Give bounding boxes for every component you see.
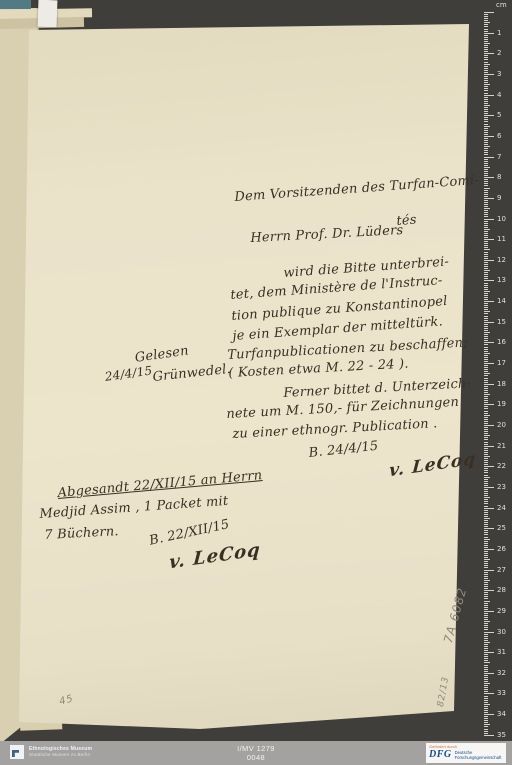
- pencil-mark: 7A 6082: [441, 586, 469, 645]
- ruler-number: 3: [497, 70, 511, 78]
- ruler-tick: [484, 175, 488, 176]
- ruler-tick: [484, 124, 488, 125]
- ruler-tick: [484, 53, 494, 54]
- ruler-tick: [484, 675, 488, 676]
- ruler-tick: [484, 70, 488, 71]
- ruler-tick: [484, 660, 488, 661]
- ruler-tick: [484, 427, 488, 428]
- footer-bar: Ethnologisches Museum Staatliche Museen …: [0, 741, 512, 765]
- ruler-tick: [484, 609, 488, 610]
- ruler-number: 13: [497, 276, 511, 284]
- ruler-tick: [484, 726, 488, 727]
- ruler-tick: [484, 460, 488, 461]
- ruler-number: 21: [497, 442, 511, 450]
- ruler-tick: [484, 293, 488, 294]
- ruler-tick: [484, 458, 488, 459]
- ruler-tick: [484, 247, 488, 248]
- ruler-tick: [484, 516, 488, 517]
- ruler-tick: [484, 161, 488, 162]
- ruler-tick: [484, 613, 488, 614]
- ruler-tick: [484, 258, 488, 259]
- ruler-tick: [484, 710, 488, 711]
- ruler-tick: [484, 607, 488, 608]
- ruler-tick: [484, 173, 488, 174]
- ruler-tick: [484, 132, 488, 133]
- ruler-tick: [484, 328, 488, 329]
- ruler-tick: [484, 442, 488, 443]
- ruler-tick: [484, 243, 488, 244]
- ruler-tick: [484, 169, 488, 170]
- ruler-tick: [484, 547, 488, 548]
- ruler-tick: [484, 171, 488, 172]
- ruler-tick: [484, 658, 488, 659]
- ruler-tick: [484, 722, 488, 723]
- ruler-tick: [484, 642, 490, 643]
- ruler-tick: [484, 406, 488, 407]
- handwriting-line: Abgesandt 22/XII/15 an Herrn: [57, 468, 263, 501]
- ruler-tick: [484, 485, 488, 486]
- ruler-tick: [484, 227, 488, 228]
- handwriting-line: v. LeCoq: [389, 449, 477, 482]
- ruler-tick: [484, 136, 494, 137]
- handwriting-line: Gelesen: [134, 343, 190, 365]
- ruler-tick: [484, 322, 494, 323]
- ruler-tick: [484, 470, 488, 471]
- ruler-tick: [484, 638, 488, 639]
- ruler-tick: [484, 506, 488, 507]
- ruler-tick: [484, 644, 488, 645]
- dfg-logo: Gefördert durch DFG Deutsche Forschungsg…: [426, 743, 506, 763]
- ruler-tick: [484, 431, 488, 432]
- ruler-tick: [484, 632, 494, 633]
- ruler-tick: [484, 446, 494, 447]
- ruler-tick: [484, 272, 488, 273]
- ruler-tick: [484, 107, 488, 108]
- ruler-tick: [484, 700, 488, 701]
- ruler-tick: [484, 361, 488, 362]
- ruler-number: 28: [497, 586, 511, 594]
- ruler-tick: [484, 594, 488, 595]
- ruler-tick: [484, 588, 488, 589]
- ruler-tick: [484, 266, 488, 267]
- ruler-tick: [484, 617, 488, 618]
- ruler-number: 5: [497, 111, 511, 119]
- ruler-tick: [484, 528, 494, 529]
- ruler-tick: [484, 656, 488, 657]
- ruler-tick: [484, 396, 488, 397]
- ruler-tick: [484, 231, 488, 232]
- ruler-tick: [484, 49, 488, 50]
- ruler-tick: [484, 194, 488, 195]
- ruler-tick: [484, 378, 488, 379]
- ruler-number: 25: [497, 524, 511, 532]
- ruler-tick: [484, 121, 488, 122]
- ruler-number: 1: [497, 29, 511, 37]
- ruler-number: 34: [497, 710, 511, 718]
- ruler-tick: [484, 691, 488, 692]
- ruler-tick: [484, 421, 488, 422]
- ruler-tick: [484, 138, 488, 139]
- ruler-tick: [484, 332, 490, 333]
- ruler-tick: [484, 316, 488, 317]
- ruler-tick: [484, 369, 488, 370]
- ruler-tick: [484, 307, 488, 308]
- ruler-tick: [484, 718, 488, 719]
- ruler-number: 11: [497, 235, 511, 243]
- ruler-tick: [484, 359, 488, 360]
- ruler-tick: [484, 627, 488, 628]
- ruler-tick: [484, 586, 488, 587]
- ruler-tick: [484, 499, 488, 500]
- ruler-tick: [484, 388, 488, 389]
- ruler-tick: [484, 555, 488, 556]
- ruler-tick: [484, 119, 488, 120]
- ruler-tick: [484, 62, 488, 63]
- ruler-tick: [484, 619, 488, 620]
- ruler-tick: [484, 334, 488, 335]
- ruler-tick: [484, 495, 488, 496]
- ruler-tick: [484, 601, 490, 602]
- ruler-tick: [484, 398, 488, 399]
- ruler-number: 2: [497, 49, 511, 57]
- ruler-tick: [484, 698, 488, 699]
- ruler-tick: [484, 452, 488, 453]
- ruler-tick: [484, 404, 494, 405]
- ruler-tick: [484, 685, 488, 686]
- ruler-tick: [484, 130, 488, 131]
- ruler-tick: [484, 249, 490, 250]
- ruler-tick: [484, 456, 490, 457]
- ruler-tick: [484, 311, 490, 312]
- ruler-tick: [484, 384, 494, 385]
- ruler-tick: [484, 724, 490, 725]
- ruler-tick: [484, 534, 488, 535]
- ruler-tick: [484, 702, 488, 703]
- ruler-tick: [484, 522, 488, 523]
- dfg-acronym: DFG: [429, 749, 452, 760]
- ruler-tick: [484, 413, 488, 414]
- ruler-number: 20: [497, 421, 511, 429]
- ruler-tick: [484, 489, 488, 490]
- ruler-tick: [484, 518, 490, 519]
- ruler-tick: [484, 12, 494, 13]
- ruler-tick: [484, 35, 488, 36]
- ruler-tick: [484, 708, 488, 709]
- ruler-tick: [484, 200, 488, 201]
- ruler-tick: [484, 95, 494, 96]
- ruler-tick: [484, 33, 494, 34]
- ruler-tick: [484, 532, 488, 533]
- ruler-tick: [484, 475, 488, 476]
- ruler-tick: [484, 665, 488, 666]
- ruler-tick: [484, 462, 488, 463]
- ruler-tick: [484, 706, 488, 707]
- ruler-tick: [484, 380, 488, 381]
- ruler-tick: [484, 276, 488, 277]
- ruler-tick: [484, 652, 494, 653]
- ruler-tick: [484, 72, 488, 73]
- ruler-tick: [484, 22, 490, 23]
- ruler-tick: [484, 59, 488, 60]
- ruler-tick: [484, 584, 488, 585]
- ruler-tick: [484, 654, 488, 655]
- ruler-tick: [484, 448, 488, 449]
- handwriting-line: 7 Büchern.: [44, 524, 119, 543]
- ruler-tick: [484, 472, 488, 473]
- ruler-tick: [484, 270, 490, 271]
- ruler-tick: [484, 520, 488, 521]
- ruler-tick: [484, 681, 488, 682]
- ruler-tick: [484, 305, 488, 306]
- ruler-tick: [484, 559, 490, 560]
- ruler-number: 29: [497, 607, 511, 615]
- ruler-tick: [484, 621, 490, 622]
- ruler-tick: [484, 82, 488, 83]
- ruler-tick: [484, 526, 488, 527]
- ruler-tick: [484, 433, 488, 434]
- ruler-tick: [484, 20, 488, 21]
- handwriting-line: zu einer ethnogr. Publication .: [232, 416, 438, 442]
- ruler-tick: [484, 437, 488, 438]
- ruler-tick: [484, 357, 488, 358]
- ruler-tick: [484, 497, 490, 498]
- ruler-tick: [484, 128, 488, 129]
- ruler-tick: [484, 206, 488, 207]
- ruler-tick: [484, 134, 488, 135]
- ruler-tick: [484, 693, 494, 694]
- ruler-tick: [484, 596, 488, 597]
- ruler-tick: [484, 254, 488, 255]
- ruler-tick: [484, 731, 488, 732]
- ruler-number: 31: [497, 648, 511, 656]
- ruler-tick: [484, 159, 488, 160]
- ruler-tick: [484, 39, 488, 40]
- ruler-tick: [484, 549, 494, 550]
- ruler-number: 16: [497, 338, 511, 346]
- ruler-tick: [484, 733, 488, 734]
- ruler-tick: [484, 392, 488, 393]
- ruler-tick: [484, 592, 488, 593]
- ruler-tick: [484, 444, 488, 445]
- ruler-tick: [484, 165, 488, 166]
- ruler-tick: [484, 640, 488, 641]
- ruler-tick: [484, 202, 488, 203]
- ruler-tick: [484, 553, 488, 554]
- ruler-tick: [484, 503, 488, 504]
- ruler-tick: [484, 625, 488, 626]
- ruler-tick: [484, 41, 488, 42]
- ruler-tick: [484, 57, 488, 58]
- ruler-tick: [484, 411, 488, 412]
- ruler-tick: [484, 514, 488, 515]
- pencil-mark: 82/13: [436, 676, 451, 708]
- ruler-tick: [484, 605, 488, 606]
- ruler-tick: [484, 338, 488, 339]
- ruler-tick: [484, 402, 488, 403]
- ruler-tick: [484, 37, 488, 38]
- ruler-tick: [484, 574, 488, 575]
- ruler-tick: [484, 425, 494, 426]
- ruler-tick: [484, 43, 490, 44]
- ruler-tick: [484, 99, 488, 100]
- ruler-tick: [484, 167, 490, 168]
- ruler-tick: [484, 696, 488, 697]
- ruler-tick: [484, 683, 490, 684]
- ruler-tick: [484, 598, 488, 599]
- ruler-tick: [484, 689, 488, 690]
- ruler-tick: [484, 103, 488, 104]
- ruler-tick: [484, 351, 488, 352]
- ruler-tick: [484, 283, 488, 284]
- ruler-tick: [484, 439, 488, 440]
- ruler-tick: [484, 677, 488, 678]
- ruler-tick: [484, 340, 488, 341]
- handwriting-line: B. 22/XII/15: [148, 517, 231, 549]
- ruler-tick: [484, 233, 488, 234]
- ruler-tick: [484, 24, 488, 25]
- ruler-tick: [484, 390, 488, 391]
- ruler-tick: [484, 557, 488, 558]
- ruler-tick: [484, 371, 488, 372]
- ruler-number: 19: [497, 400, 511, 408]
- ruler-tick: [484, 415, 490, 416]
- ruler-tick: [484, 324, 488, 325]
- ruler-tick: [484, 634, 488, 635]
- ruler-tick: [484, 163, 488, 164]
- ruler-tick: [484, 353, 490, 354]
- ruler-tick: [484, 16, 488, 17]
- ruler-tick: [484, 704, 490, 705]
- ruler-tick: [484, 18, 488, 19]
- ruler-tick: [484, 572, 488, 573]
- handwriting-line: Herrn Prof. Dr. Lüders: [250, 223, 404, 246]
- ruler-tick: [484, 301, 494, 302]
- ruler-tick: [484, 90, 488, 91]
- ruler-tick: [484, 113, 488, 114]
- ruler-tick: [484, 289, 488, 290]
- ruler-number: 6: [497, 132, 511, 140]
- ruler-tick: [484, 204, 488, 205]
- ruler-tick: [484, 375, 488, 376]
- ruler-tick: [484, 590, 494, 591]
- handwriting-line: Dem Vorsitzenden des Turfan-Comi-: [234, 173, 479, 205]
- ruler-tick: [484, 510, 488, 511]
- ruler-tick: [484, 262, 488, 263]
- ruler-tick: [484, 720, 488, 721]
- ruler-tick: [484, 229, 490, 230]
- ruler-tick: [484, 712, 488, 713]
- ruler-tick: [484, 179, 488, 180]
- ruler-tick: [484, 221, 488, 222]
- dfg-name-line2: Forschungsgemeinschaft: [455, 755, 502, 760]
- ruler-tick: [484, 192, 488, 193]
- ruler-number: 24: [497, 504, 511, 512]
- ruler-tick: [484, 88, 488, 89]
- ruler-tick: [484, 26, 488, 27]
- ruler-tick: [484, 729, 488, 730]
- ruler-number: 18: [497, 380, 511, 388]
- ruler-tick: [484, 320, 488, 321]
- ruler-number: 17: [497, 359, 511, 367]
- ruler-tick: [484, 66, 488, 67]
- ruler-tick: [484, 687, 488, 688]
- ruler-tick: [484, 78, 488, 79]
- ruler-tick: [484, 491, 488, 492]
- ruler-tick: [484, 216, 488, 217]
- ruler-tick: [484, 487, 494, 488]
- pencil-mark: 45: [58, 693, 75, 707]
- ruler-number: 23: [497, 483, 511, 491]
- ruler-tick: [484, 239, 494, 240]
- ruler-tick: [484, 567, 488, 568]
- ruler-tick: [484, 148, 488, 149]
- ruler-tick: [484, 466, 494, 467]
- handwriting-line: Grünwedel.: [152, 362, 232, 385]
- ruler-tick: [484, 561, 488, 562]
- ruler-number: 4: [497, 91, 511, 99]
- ruler-tick: [484, 716, 488, 717]
- ruler-tick: [484, 423, 488, 424]
- ruler-tick: [484, 386, 488, 387]
- ruler-tick: [484, 241, 488, 242]
- ruler-tick: [484, 565, 488, 566]
- ruler-tick: [484, 545, 488, 546]
- ruler-tick: [484, 615, 488, 616]
- ruler-tick: [484, 223, 488, 224]
- dfg-logo-row: DFG Deutsche Forschungsgemeinschaft: [429, 749, 503, 760]
- ruler-tick: [484, 318, 488, 319]
- ruler-tick: [484, 93, 488, 94]
- ruler-tick: [484, 291, 490, 292]
- ruler-tick: [484, 580, 490, 581]
- ruler-tick: [484, 278, 488, 279]
- ruler-tick: [484, 468, 488, 469]
- ruler-tick: [484, 111, 488, 112]
- ruler-tick: [484, 295, 488, 296]
- ruler-unit-label: cm: [496, 1, 507, 9]
- ruler-tick: [484, 524, 488, 525]
- ruler-tick: [484, 648, 488, 649]
- ruler-tick: [484, 287, 488, 288]
- handwriting-line: 24/4/15: [104, 363, 153, 383]
- ruler-tick: [484, 714, 494, 715]
- ruler-tick: [484, 285, 488, 286]
- ruler-tick: [484, 650, 488, 651]
- ruler-tick: [484, 140, 488, 141]
- ruler-tick: [484, 342, 494, 343]
- ruler-tick: [484, 363, 494, 364]
- ruler-number: 8: [497, 173, 511, 181]
- ruler-tick: [484, 126, 490, 127]
- ruler-tick: [484, 190, 488, 191]
- ruler-tick: [484, 152, 488, 153]
- ruler-tick: [484, 45, 488, 46]
- ruler-tick: [484, 450, 488, 451]
- ruler-tick: [484, 198, 494, 199]
- ruler-tick: [484, 464, 488, 465]
- ruler-tick: [484, 154, 488, 155]
- ruler-tick: [484, 55, 488, 56]
- ruler-number: 15: [497, 318, 511, 326]
- ruler-number: 10: [497, 215, 511, 223]
- ruler-tick: [484, 105, 490, 106]
- ruler-tick: [484, 400, 488, 401]
- ruler-tick: [484, 551, 488, 552]
- ruler-tick: [484, 355, 488, 356]
- ruler-number: 12: [497, 256, 511, 264]
- ruler-number: 27: [497, 566, 511, 574]
- ruler-tick: [484, 382, 488, 383]
